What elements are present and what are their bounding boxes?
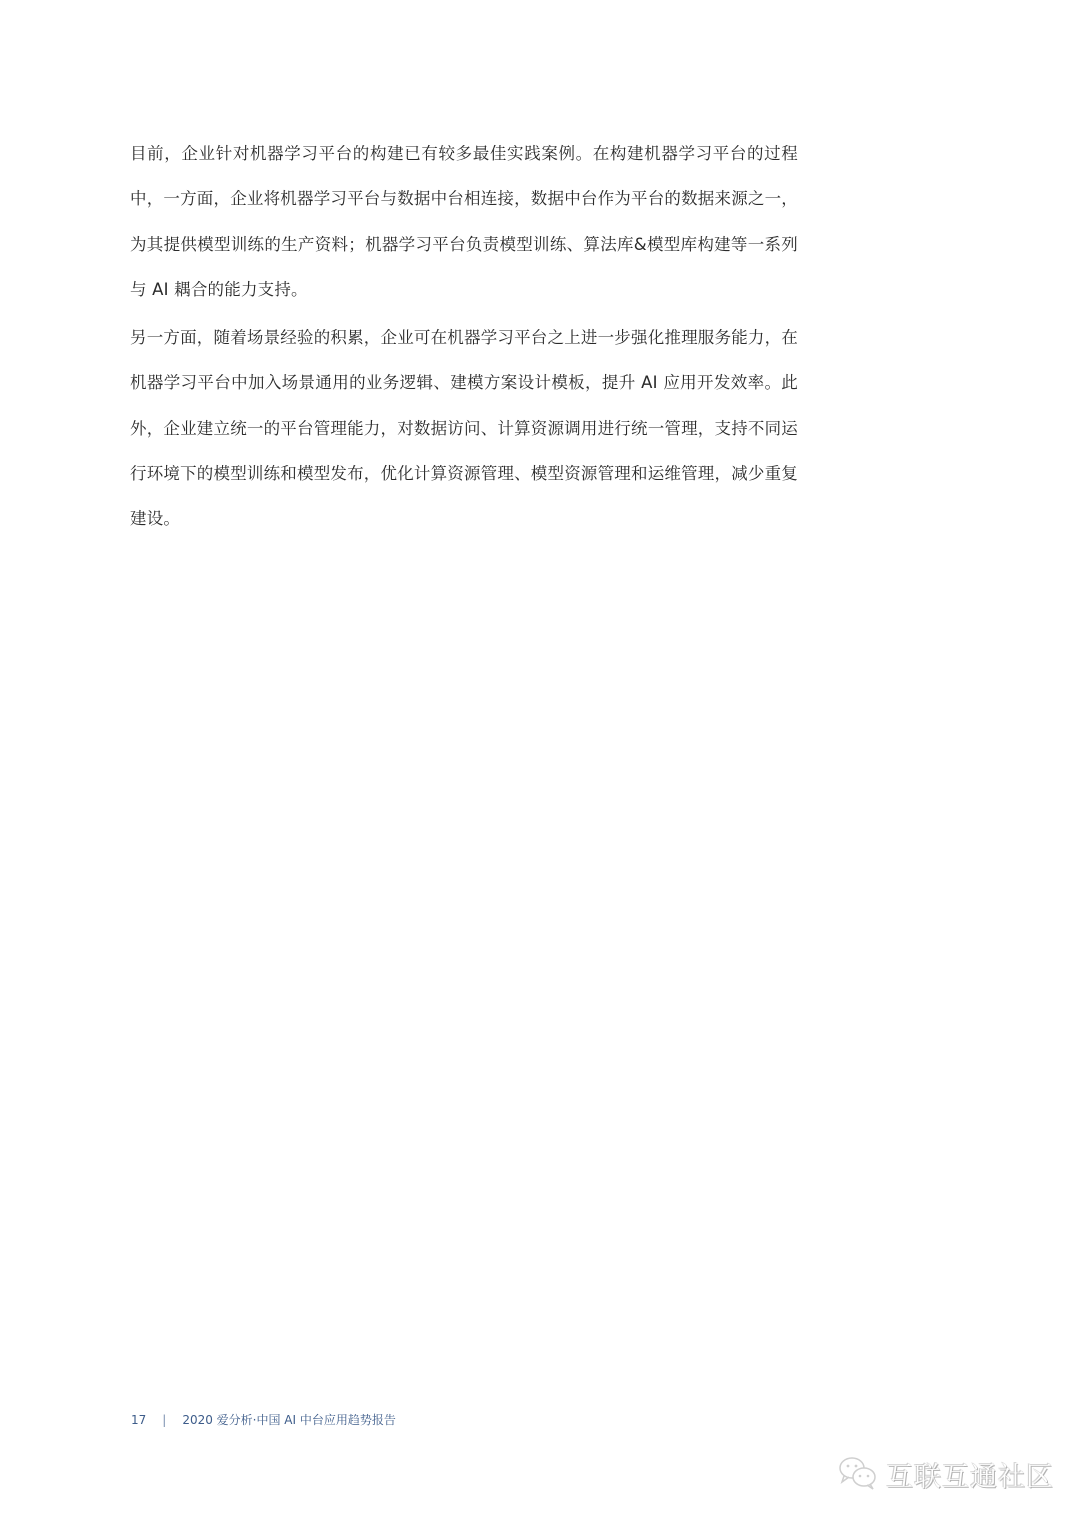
page-footer: 17 | 2020 爱分析·中国 AI 中台应用趋势报告 [131, 1411, 396, 1428]
watermark: 互联互通社区 [838, 1455, 1054, 1494]
wechat-icon [838, 1456, 878, 1494]
report-title: 2020 爱分析·中国 AI 中台应用趋势报告 [182, 1411, 396, 1428]
page-number: 17 [131, 1413, 146, 1427]
body-paragraph-2: 另一方面，随着场景经验的积累，企业可在机器学习平台之上进一步强化推理服务能力，在… [130, 315, 798, 541]
watermark-text: 互联互通社区 [886, 1455, 1054, 1494]
body-paragraph-1: 目前，企业针对机器学习平台的构建已有较多最佳实践案例。在构建机器学习平台的过程中… [130, 131, 798, 312]
footer-separator: | [162, 1413, 166, 1427]
